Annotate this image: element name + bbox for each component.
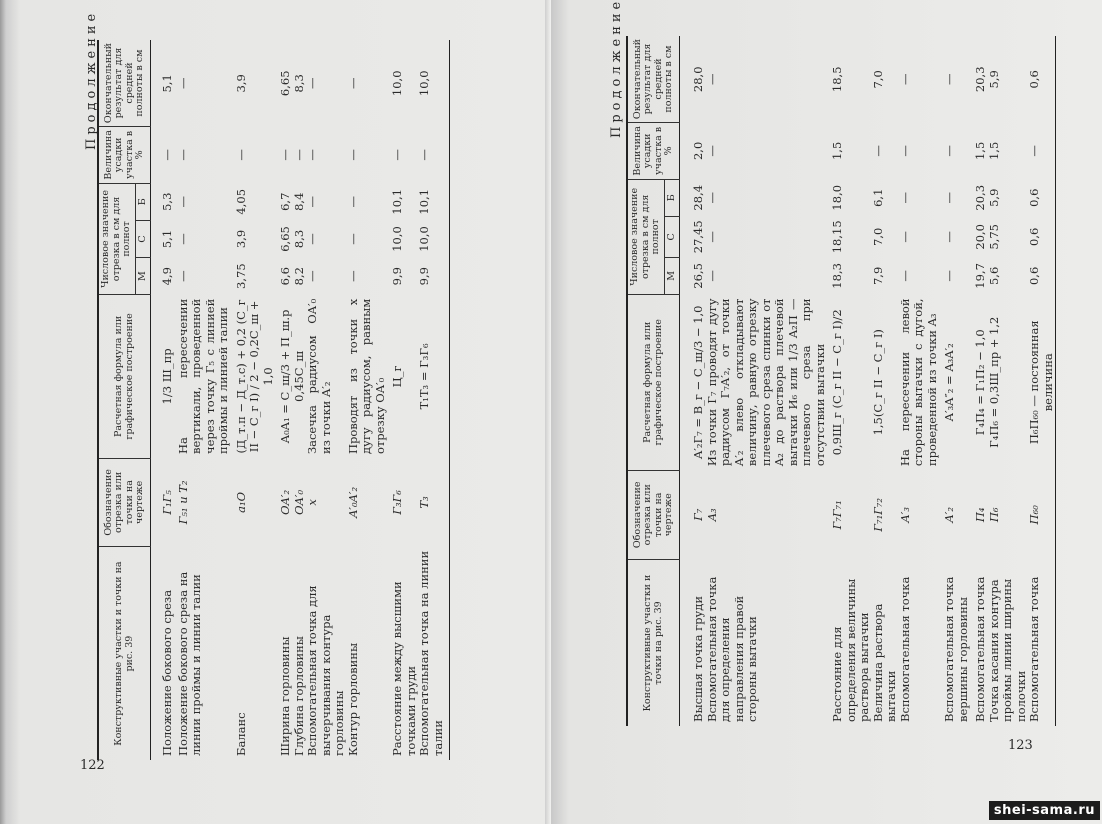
cell-m: 26,5 xyxy=(680,257,706,294)
cell-formula: Проводят из точки x дугу радиусом, равны… xyxy=(347,295,388,458)
header-shrink: Величина усадки участка в % xyxy=(627,123,680,180)
site-watermark: shei-sama.ru xyxy=(989,801,1100,820)
cell-final: — xyxy=(706,36,828,123)
cell-s: — xyxy=(177,220,231,257)
header-part: Конструктивные участки и точки на рис. 3… xyxy=(627,560,680,726)
cell-shrink: — xyxy=(151,127,177,184)
cell-designation: OA′₀ xyxy=(293,458,307,547)
cell-b: 5,9 xyxy=(988,179,1029,216)
cell-final: 6,65 xyxy=(275,40,293,127)
cell-designation: П₆ xyxy=(988,470,1029,559)
cell-designation: Г₇Г₇₁ xyxy=(827,470,872,559)
cell-b: — xyxy=(177,183,231,220)
cell-m: 3,75 xyxy=(231,258,276,295)
cell-part: Вспомогательная точка вершины горловины xyxy=(939,560,970,726)
cell-part: Положение бокового среза на линии проймы… xyxy=(177,547,231,760)
cell-part: Вспомогательная точка для вычерчивания к… xyxy=(306,547,347,760)
cell-b: 10,1 xyxy=(418,183,450,220)
cell-b: 6,1 xyxy=(872,179,899,216)
cell-m: — xyxy=(706,257,828,294)
cell-m: 0,6 xyxy=(1028,257,1056,294)
header-formula: Расчетная формула или графическое постро… xyxy=(627,294,680,470)
header-value: Числовое значение отрезка в см для полно… xyxy=(98,183,135,295)
cell-part: Точка касания контура проймы линии ширин… xyxy=(988,560,1029,726)
header-designation: Обозначение отрезка или точки на чертеже xyxy=(98,458,151,547)
table-row: Точка касания контура проймы линии ширин… xyxy=(988,36,1029,726)
header-s: С xyxy=(135,220,151,257)
table-row: Вспомогательная точка вершины горловины … xyxy=(939,36,970,726)
cell-final: — xyxy=(939,36,970,123)
cell-shrink: 1,5 xyxy=(988,123,1029,180)
table-row: Положение бокового среза Г₁Г₅ 1/3 Ш_пр 4… xyxy=(151,40,177,760)
header-m: М xyxy=(664,257,680,294)
cell-s: 5,75 xyxy=(988,216,1029,257)
cell-shrink: — xyxy=(387,127,418,184)
table-row: Расстояние для определения величины раст… xyxy=(827,36,872,726)
cell-s: — xyxy=(939,216,970,257)
cell-shrink: — xyxy=(347,127,388,184)
cell-m: 4,9 xyxy=(151,258,177,295)
cell-designation: Г₇₁Г₇₂ xyxy=(872,470,899,559)
cell-part: Вспомогательная точка для определения на… xyxy=(706,560,828,726)
cell-shrink: — xyxy=(939,123,970,180)
cell-final: 18,5 xyxy=(827,36,872,123)
header-formula: Расчетная формула или графическое постро… xyxy=(98,295,151,458)
header-shrink: Величина усадки участка в % xyxy=(98,127,151,184)
cell-shrink: — xyxy=(293,127,307,184)
cell-s: 0,6 xyxy=(1028,216,1056,257)
table-row: Величина раствора вытачки Г₇₁Г₇₂ 1,5(С_г… xyxy=(872,36,899,726)
cell-shrink: — xyxy=(177,127,231,184)
cell-s: 10,0 xyxy=(418,220,450,257)
cell-m: 9,9 xyxy=(387,258,418,295)
cell-b: 20,3 xyxy=(970,179,988,216)
cell-shrink: — xyxy=(275,127,293,184)
cell-final: 20,3 xyxy=(970,36,988,123)
cell-designation: a₁O xyxy=(231,458,276,547)
cell-m: 18,3 xyxy=(827,257,872,294)
cell-m: 7,9 xyxy=(872,257,899,294)
cell-part: Вспомогательная точка на линии талии xyxy=(418,547,450,760)
table-rotated-left: Конструктивные участки и точки на рис. 3… xyxy=(97,40,450,760)
cell-b: — xyxy=(899,179,940,216)
header-s: С xyxy=(664,216,680,257)
cell-formula: Из точки Г₇ проводят дугу радиусом Г₇A′₂… xyxy=(706,294,828,470)
cell-formula: 1/3 Ш_пр xyxy=(151,295,177,458)
cell-m: — xyxy=(939,257,970,294)
cell-m: 5,6 xyxy=(988,257,1029,294)
cell-designation: Г₅₁ и Т₂ xyxy=(177,458,231,547)
cell-part: Положение бокового среза xyxy=(151,547,177,760)
cell-shrink: — xyxy=(706,123,828,180)
cell-part: Расстояние для определения величины раст… xyxy=(827,560,872,726)
table-row: Положение бокового среза на линии проймы… xyxy=(177,40,231,760)
table-row: Высшая точка груди Г₇ A′₂Г₇ = В_г − С_ш/… xyxy=(680,36,706,726)
cell-b: — xyxy=(306,183,347,220)
cell-formula: (Д_т.п − Д_т.с) + 0,2 (С_г II − С_г I) /… xyxy=(231,295,276,458)
cell-designation: Г₇ xyxy=(680,470,706,559)
cell-formula: A₀A₁ = С_ш/3 + П_ш.р xyxy=(275,295,293,458)
cell-part: Вспомогательная точка xyxy=(970,560,988,726)
cell-part: Контур горловины xyxy=(347,547,388,760)
page-number: 123 xyxy=(1008,738,1033,753)
construction-table: Конструктивные участки и точки на рис. 3… xyxy=(97,40,450,760)
cell-designation: A′₀A′₂ xyxy=(347,458,388,547)
cell-formula: Г₄П₄ = Г₁П₂ − 1,0 xyxy=(970,294,988,470)
cell-m: — xyxy=(899,257,940,294)
cell-designation: A′₃ xyxy=(899,470,940,559)
cell-m: 19,7 xyxy=(970,257,988,294)
page-number: 122 xyxy=(80,758,105,773)
cell-s: 27,45 xyxy=(680,216,706,257)
cell-part: Глубина горловины xyxy=(293,547,307,760)
cell-shrink: 1,5 xyxy=(970,123,988,180)
cell-formula: Т₁Т₃ = Г₃Г₆ xyxy=(418,295,450,458)
cell-m: 9,9 xyxy=(418,258,450,295)
cell-b: 28,4 xyxy=(680,179,706,216)
cell-designation: x xyxy=(306,458,347,547)
cell-shrink: — xyxy=(872,123,899,180)
cell-m: 6,6 xyxy=(275,258,293,295)
cell-formula: A′₃A″₂ = A₃A′₂ xyxy=(939,294,970,470)
cell-shrink: — xyxy=(418,127,450,184)
left-page: Продолжение 122 Конструктивные участки и… xyxy=(0,0,551,824)
cell-part: Расстояние между высшими точками груди xyxy=(387,547,418,760)
header-b: Б xyxy=(135,183,151,220)
cell-formula: A′₂Г₇ = В_г − С_ш/3 − 1,0 xyxy=(680,294,706,470)
cell-designation: Т₃ xyxy=(418,458,450,547)
cell-formula: На пересечении вертикали, проведенной че… xyxy=(177,295,231,458)
table-row: Вспомогательная точка для вычерчивания к… xyxy=(306,40,347,760)
cell-designation: П₆₀ xyxy=(1028,470,1056,559)
cell-final: — xyxy=(899,36,940,123)
cell-b: 6,7 xyxy=(275,183,293,220)
table-row: Баланс a₁O (Д_т.п − Д_т.с) + 0,2 (С_г II… xyxy=(231,40,276,760)
cell-final: 7,0 xyxy=(872,36,899,123)
cell-s: — xyxy=(347,220,388,257)
cell-final: — xyxy=(306,40,347,127)
cell-s: 18,15 xyxy=(827,216,872,257)
cell-m: — xyxy=(177,258,231,295)
cell-formula: 0,45С_ш xyxy=(293,295,307,458)
table-row: Расстояние между высшими точками груди Г… xyxy=(387,40,418,760)
cell-shrink: — xyxy=(1028,123,1056,180)
cell-designation: A′₂ xyxy=(939,470,970,559)
cell-designation: Г₃Г₆ xyxy=(387,458,418,547)
cell-part: Вспомогательная точка xyxy=(1028,560,1056,726)
cell-shrink: 1,5 xyxy=(827,123,872,180)
cell-shrink: — xyxy=(231,127,276,184)
cell-final: — xyxy=(177,40,231,127)
continuation-title: Продолжение xyxy=(609,0,624,138)
cell-b: — xyxy=(347,183,388,220)
header-value: Числовое значение отрезка в см для полно… xyxy=(627,179,664,294)
cell-s: 3,9 xyxy=(231,220,276,257)
cell-s: 8,3 xyxy=(293,220,307,257)
table-row: Контур горловины A′₀A′₂ Проводят из точк… xyxy=(347,40,388,760)
cell-shrink: 2,0 xyxy=(680,123,706,180)
cell-m: — xyxy=(347,258,388,295)
cell-part: Вспомогательная точка xyxy=(899,560,940,726)
cell-s: — xyxy=(706,216,828,257)
cell-final: 0,6 xyxy=(1028,36,1056,123)
cell-final: 5,9 xyxy=(988,36,1029,123)
cell-formula: Ц_г xyxy=(387,295,418,458)
cell-b: 0,6 xyxy=(1028,179,1056,216)
cell-formula: П₆П₆₀ — постоянная величина xyxy=(1028,294,1056,470)
cell-b: 5,3 xyxy=(151,183,177,220)
cell-designation: OA′₂ xyxy=(275,458,293,547)
table-row: Глубина горловины OA′₀ 0,45С_ш 8,2 8,3 8… xyxy=(293,40,307,760)
table-row: Ширина горловины OA′₂ A₀A₁ = С_ш/3 + П_ш… xyxy=(275,40,293,760)
cell-s: 6,65 xyxy=(275,220,293,257)
header-final: Окончательный результат для средней полн… xyxy=(627,36,680,123)
cell-part: Ширина горловины xyxy=(275,547,293,760)
cell-final: 5,1 xyxy=(151,40,177,127)
table-row: Вспомогательная точка для определения на… xyxy=(706,36,828,726)
cell-designation: Г₁Г₅ xyxy=(151,458,177,547)
cell-final: 3,9 xyxy=(231,40,276,127)
cell-part: Величина раствора вытачки xyxy=(872,560,899,726)
cell-formula: Г₄П₆ = 0,3Ш_пр + 1,2 xyxy=(988,294,1029,470)
header-m: М xyxy=(135,258,151,295)
cell-formula: На пересечении левой стороны вытачки с д… xyxy=(899,294,940,470)
cell-s: — xyxy=(899,216,940,257)
cell-formula: Засечка радиусом OA′₀ из точки A′₂ xyxy=(306,295,347,458)
cell-final: 8,3 xyxy=(293,40,307,127)
header-final: Окончательный результат для средней полн… xyxy=(98,40,151,127)
cell-formula: 0,9Ш_г (С_г II − С_г I)/2 xyxy=(827,294,872,470)
cell-final: — xyxy=(347,40,388,127)
cell-m: — xyxy=(306,258,347,295)
cell-s: — xyxy=(306,220,347,257)
construction-table: Конструктивные участки и точки на рис. 3… xyxy=(626,36,1056,726)
cell-b: 18,0 xyxy=(827,179,872,216)
cell-b: 4,05 xyxy=(231,183,276,220)
header-b: Б xyxy=(664,179,680,216)
cell-m: 8,2 xyxy=(293,258,307,295)
cell-s: 10,0 xyxy=(387,220,418,257)
cell-b: 8,4 xyxy=(293,183,307,220)
cell-s: 5,1 xyxy=(151,220,177,257)
cell-formula: 1,5(С_г II − С_г I) xyxy=(872,294,899,470)
table-row: Вспомогательная точка на линии талии Т₃ … xyxy=(418,40,450,760)
cell-part: Баланс xyxy=(231,547,276,760)
cell-designation: A₃ xyxy=(706,470,828,559)
table-row: Вспомогательная точка П₄ Г₄П₄ = Г₁П₂ − 1… xyxy=(970,36,988,726)
cell-designation: П₄ xyxy=(970,470,988,559)
cell-part: Высшая точка груди xyxy=(680,560,706,726)
cell-s: 20,0 xyxy=(970,216,988,257)
table-row: Вспомогательная точка П₆₀ П₆П₆₀ — постоя… xyxy=(1028,36,1056,726)
cell-final: 10,0 xyxy=(418,40,450,127)
cell-s: 7,0 xyxy=(872,216,899,257)
cell-b: — xyxy=(706,179,828,216)
header-designation: Обозначение отрезка или точки на чертеже xyxy=(627,470,680,559)
cell-final: 10,0 xyxy=(387,40,418,127)
cell-b: — xyxy=(939,179,970,216)
cell-shrink: — xyxy=(306,127,347,184)
cell-b: 10,1 xyxy=(387,183,418,220)
header-part: Конструктивные участки и точки на рис. 3… xyxy=(98,547,151,760)
cell-shrink: — xyxy=(899,123,940,180)
cell-final: 28,0 xyxy=(680,36,706,123)
right-page: Продолжение 123 Конструктивные участки и… xyxy=(551,0,1102,824)
table-row: Вспомогательная точка A′₃ На пересечении… xyxy=(899,36,940,726)
table-rotated-right: Конструктивные участки и точки на рис. 3… xyxy=(626,36,1056,726)
